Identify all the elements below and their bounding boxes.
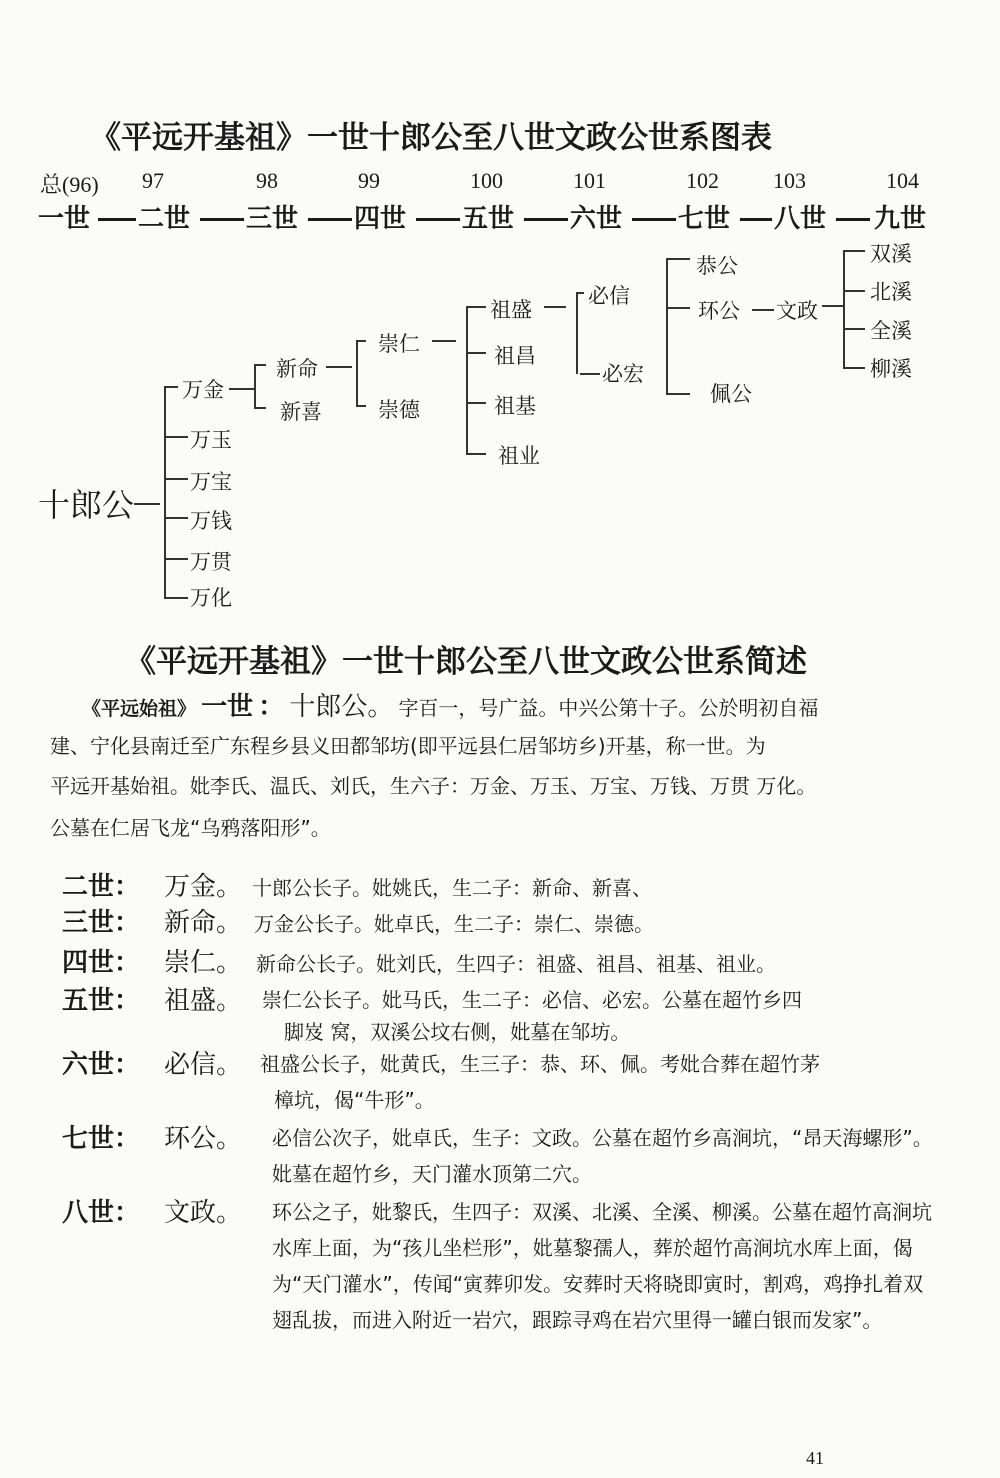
tree-node: 新喜 bbox=[280, 396, 322, 426]
chart-title: 《平远开基祖》一世十郎公至八世文政公世系图表 bbox=[90, 112, 772, 157]
entry-name: 必信。 bbox=[164, 1044, 242, 1081]
intro-line: 平远开基始祖。妣李氏、温氏、刘氏，生六子：万金、万玉、万宝、万钱、万贯 万化。 bbox=[50, 766, 816, 806]
intro-generation: 一世 bbox=[201, 692, 253, 722]
intro-line: 字百一，号广益。中兴公第十子。公於明初自福 bbox=[398, 696, 818, 720]
generation-label: 八世 bbox=[774, 198, 826, 235]
entry-description: 万金公长子。妣卓氏，生二子：崇仁、崇德。 bbox=[254, 906, 654, 942]
tree-node: 祖业 bbox=[498, 440, 540, 470]
connector bbox=[466, 352, 486, 354]
entry-name: 崇仁。 bbox=[164, 942, 242, 979]
generation-number: 总(96) bbox=[40, 168, 99, 199]
arrow-line bbox=[740, 218, 772, 221]
generation-number: 98 bbox=[256, 168, 278, 194]
tree-node: 全溪 bbox=[870, 315, 912, 345]
connector bbox=[466, 453, 486, 455]
intro-line: 建、宁化县南迁至广东程乡县义田都邹坊(即平远县仁居邹坊乡)开基，称一世。为 bbox=[50, 726, 766, 766]
tree-node: 环公 bbox=[698, 295, 740, 325]
entry-generation: 七世： bbox=[62, 1118, 140, 1155]
tree-node: 万玉 bbox=[190, 424, 232, 454]
tree-node: 祖盛 bbox=[490, 294, 532, 324]
connector bbox=[843, 250, 865, 252]
entry-description: 环公之子，妣黎氏，生四子：双溪、北溪、全溪、柳溪。公墓在超竹高涧坑水库上面，为“… bbox=[272, 1194, 934, 1338]
connector bbox=[843, 250, 845, 368]
connector bbox=[356, 405, 366, 407]
tree-node: 恭公 bbox=[696, 250, 738, 280]
tree-node: 必信 bbox=[588, 280, 630, 310]
connector bbox=[254, 364, 256, 408]
generation-label: 七世 bbox=[678, 198, 730, 235]
entry-generation: 三世： bbox=[62, 902, 140, 939]
connector bbox=[164, 597, 188, 599]
connector bbox=[164, 386, 166, 598]
generation-number: 104 bbox=[886, 168, 919, 194]
generation-row: 一世 二世 三世 四世 五世 六世 七世 八世 九世 bbox=[38, 198, 938, 238]
arrow-line bbox=[416, 218, 460, 221]
connector bbox=[164, 386, 178, 388]
generation-number: 103 bbox=[773, 168, 806, 194]
connector bbox=[356, 340, 366, 342]
arrow-line bbox=[200, 218, 244, 221]
connector bbox=[356, 340, 358, 406]
tree-node: 崇仁 bbox=[378, 328, 420, 358]
tree-node: 必宏 bbox=[602, 358, 644, 388]
generation-label: 三世 bbox=[246, 198, 298, 235]
tree-node: 崇德 bbox=[378, 394, 420, 424]
arrow-line bbox=[632, 218, 676, 221]
generation-label: 六世 bbox=[570, 198, 622, 235]
entry-description: 崇仁公长子。妣马氏，生二子：必信、必宏。公墓在超竹乡四 bbox=[262, 982, 922, 1018]
page-number: 41 bbox=[806, 1448, 824, 1469]
connector bbox=[666, 258, 668, 394]
connector bbox=[134, 503, 160, 505]
intro-first-line: 《平远始祖》 一世 ： 十郎公。 字百一，号广益。中兴公第十子。公於明初自福 bbox=[82, 686, 818, 723]
arrow-line bbox=[524, 218, 568, 221]
generation-number: 101 bbox=[573, 168, 606, 194]
generation-number: 99 bbox=[358, 168, 380, 194]
entry-description: 必信公次子，妣卓氏，生子：文政。公墓在超竹乡高涧坑，“昂天海螺形”。妣墓在超竹乡… bbox=[272, 1120, 934, 1192]
connector bbox=[666, 258, 690, 260]
entry-generation: 六世： bbox=[62, 1044, 140, 1081]
tree-node: 万金 bbox=[182, 374, 224, 404]
connector bbox=[822, 305, 844, 307]
connector bbox=[466, 402, 486, 404]
connector bbox=[843, 290, 865, 292]
intro-colon: ： bbox=[258, 692, 284, 722]
generation-label: 九世 bbox=[874, 198, 926, 235]
generation-number: 97 bbox=[142, 168, 164, 194]
entry-name: 文政。 bbox=[164, 1192, 242, 1229]
tree-node: 祖基 bbox=[494, 390, 536, 420]
tree-node: 柳溪 bbox=[870, 353, 912, 383]
tree-node: 文政 bbox=[776, 295, 818, 325]
connector bbox=[326, 366, 352, 368]
tree-node: 佩公 bbox=[710, 378, 752, 408]
connector bbox=[466, 306, 468, 454]
intro-name: 十郎公。 bbox=[289, 692, 393, 722]
summary-title: 《平远开基祖》一世十郎公至八世文政公世系简述 bbox=[125, 636, 807, 681]
tree-node: 北溪 bbox=[870, 276, 912, 306]
connector bbox=[254, 407, 266, 409]
connector bbox=[752, 309, 774, 311]
connector bbox=[544, 306, 566, 308]
generation-number: 100 bbox=[470, 168, 503, 194]
entry-description: 祖盛公长子，妣黄氏，生三子：恭、环、佩。考妣合葬在超竹茅 bbox=[260, 1046, 940, 1082]
generation-number: 102 bbox=[686, 168, 719, 194]
connector bbox=[580, 373, 600, 375]
tree-node: 祖昌 bbox=[494, 340, 536, 370]
entry-name: 环公。 bbox=[164, 1118, 242, 1155]
entry-generation: 四世： bbox=[62, 942, 140, 979]
tree-node: 双溪 bbox=[870, 238, 912, 268]
connector bbox=[254, 364, 266, 366]
connector bbox=[432, 340, 456, 342]
entry-generation: 八世： bbox=[62, 1192, 140, 1229]
tree-node: 万化 bbox=[190, 582, 232, 612]
intro-prefix: 《平远始祖》 bbox=[82, 698, 196, 720]
generation-label: 一世 bbox=[38, 198, 90, 235]
connector bbox=[843, 367, 865, 369]
entry-generation: 二世： bbox=[62, 866, 140, 903]
connector bbox=[466, 306, 486, 308]
tree-node: 万宝 bbox=[190, 466, 232, 496]
connector bbox=[164, 436, 188, 438]
entry-name: 祖盛。 bbox=[164, 980, 242, 1017]
generation-label: 四世 bbox=[354, 198, 406, 235]
connector bbox=[576, 292, 584, 294]
connector bbox=[666, 307, 690, 309]
arrow-line bbox=[308, 218, 352, 221]
tree-node: 新命 bbox=[276, 353, 318, 383]
entry-name: 万金。 bbox=[164, 866, 242, 903]
connector bbox=[164, 478, 188, 480]
entry-description: 十郎公长子。妣姚氏，生二子：新命、新喜、 bbox=[252, 870, 652, 906]
entry-description-cont: 脚岌 窝，双溪公坟右侧，妣墓在邹坊。 bbox=[284, 1014, 630, 1050]
connector bbox=[164, 517, 188, 519]
generation-label: 五世 bbox=[462, 198, 514, 235]
tree-node-root: 十郎公 bbox=[38, 480, 134, 526]
connector bbox=[576, 292, 578, 374]
connector bbox=[843, 328, 865, 330]
tree-node: 万钱 bbox=[190, 505, 232, 535]
entry-description: 新命公长子。妣刘氏，生四子：祖盛、祖昌、祖基、祖业。 bbox=[256, 946, 776, 982]
connector bbox=[666, 393, 690, 395]
entry-description-cont: 樟坑，偈“牛形”。 bbox=[274, 1082, 435, 1118]
generation-label: 二世 bbox=[138, 198, 190, 235]
connector bbox=[229, 388, 255, 390]
arrow-line bbox=[98, 218, 136, 221]
tree-node: 万贯 bbox=[190, 546, 232, 576]
entry-generation: 五世： bbox=[62, 980, 140, 1017]
intro-line: 公墓在仁居飞龙“乌鸦落阳形”。 bbox=[50, 808, 331, 848]
arrow-line bbox=[836, 218, 870, 221]
connector bbox=[164, 558, 188, 560]
entry-name: 新命。 bbox=[164, 902, 242, 939]
